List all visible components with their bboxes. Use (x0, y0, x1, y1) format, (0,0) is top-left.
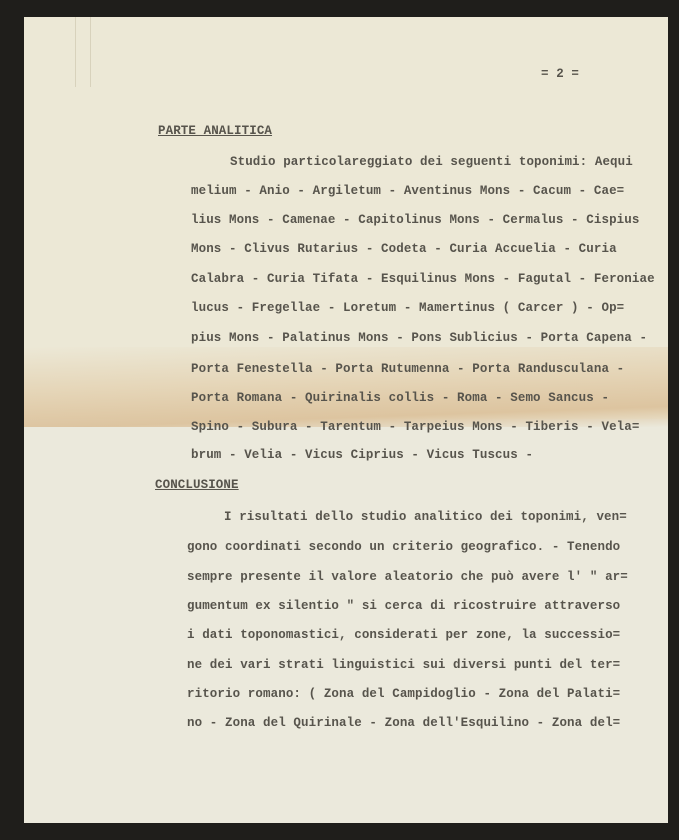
heading-conclusione: CONCLUSIONE (155, 478, 239, 492)
conclusion-line: no - Zona del Quirinale - Zona dell'Esqu… (187, 716, 620, 730)
analytic-line: melium - Anio - Argiletum - Aventinus Mo… (191, 184, 624, 198)
paper-crease (90, 17, 91, 87)
analytic-line: Porta Fenestella - Porta Rutumenna - Por… (191, 362, 624, 376)
paper-fold-band (24, 347, 668, 427)
analytic-line: brum - Velia - Vicus Ciprius - Vicus Tus… (191, 448, 533, 462)
analytic-line: Calabra - Curia Tifata - Esquilinus Mons… (191, 272, 655, 286)
analytic-line: Porta Romana - Quirinalis collis - Roma … (191, 391, 609, 405)
analytic-line: Studio particolareggiato dei seguenti to… (230, 155, 633, 169)
lower-paper-area (24, 419, 668, 823)
page-number: = 2 = (541, 67, 579, 81)
document-page: = 2 = PARTE ANALITICA Studio particolare… (24, 17, 668, 823)
conclusion-line: sempre presente il valore aleatorio che … (187, 570, 628, 584)
conclusion-line: ritorio romano: ( Zona del Campidoglio -… (187, 687, 620, 701)
conclusion-line: ne dei vari strati linguistici sui diver… (187, 658, 620, 672)
conclusion-line: gono coordinati secondo un criterio geog… (187, 540, 620, 554)
analytic-line: pius Mons - Palatinus Mons - Pons Sublic… (191, 331, 647, 345)
analytic-line: lucus - Fregellae - Loretum - Mamertinus… (191, 301, 624, 315)
paper-crease (75, 17, 76, 87)
analytic-line: Mons - Clivus Rutarius - Codeta - Curia … (191, 242, 617, 256)
heading-parte-analitica: PARTE ANALITICA (158, 124, 272, 138)
conclusion-line: gumentum ex silentio " si cerca di ricos… (187, 599, 620, 613)
conclusion-line: I risultati dello studio analitico dei t… (224, 510, 627, 524)
conclusion-line: i dati toponomastici, considerati per zo… (187, 628, 620, 642)
analytic-line: lius Mons - Camenae - Capitolinus Mons -… (191, 213, 639, 227)
analytic-line: Spino - Subura - Tarentum - Tarpeius Mon… (191, 420, 639, 434)
